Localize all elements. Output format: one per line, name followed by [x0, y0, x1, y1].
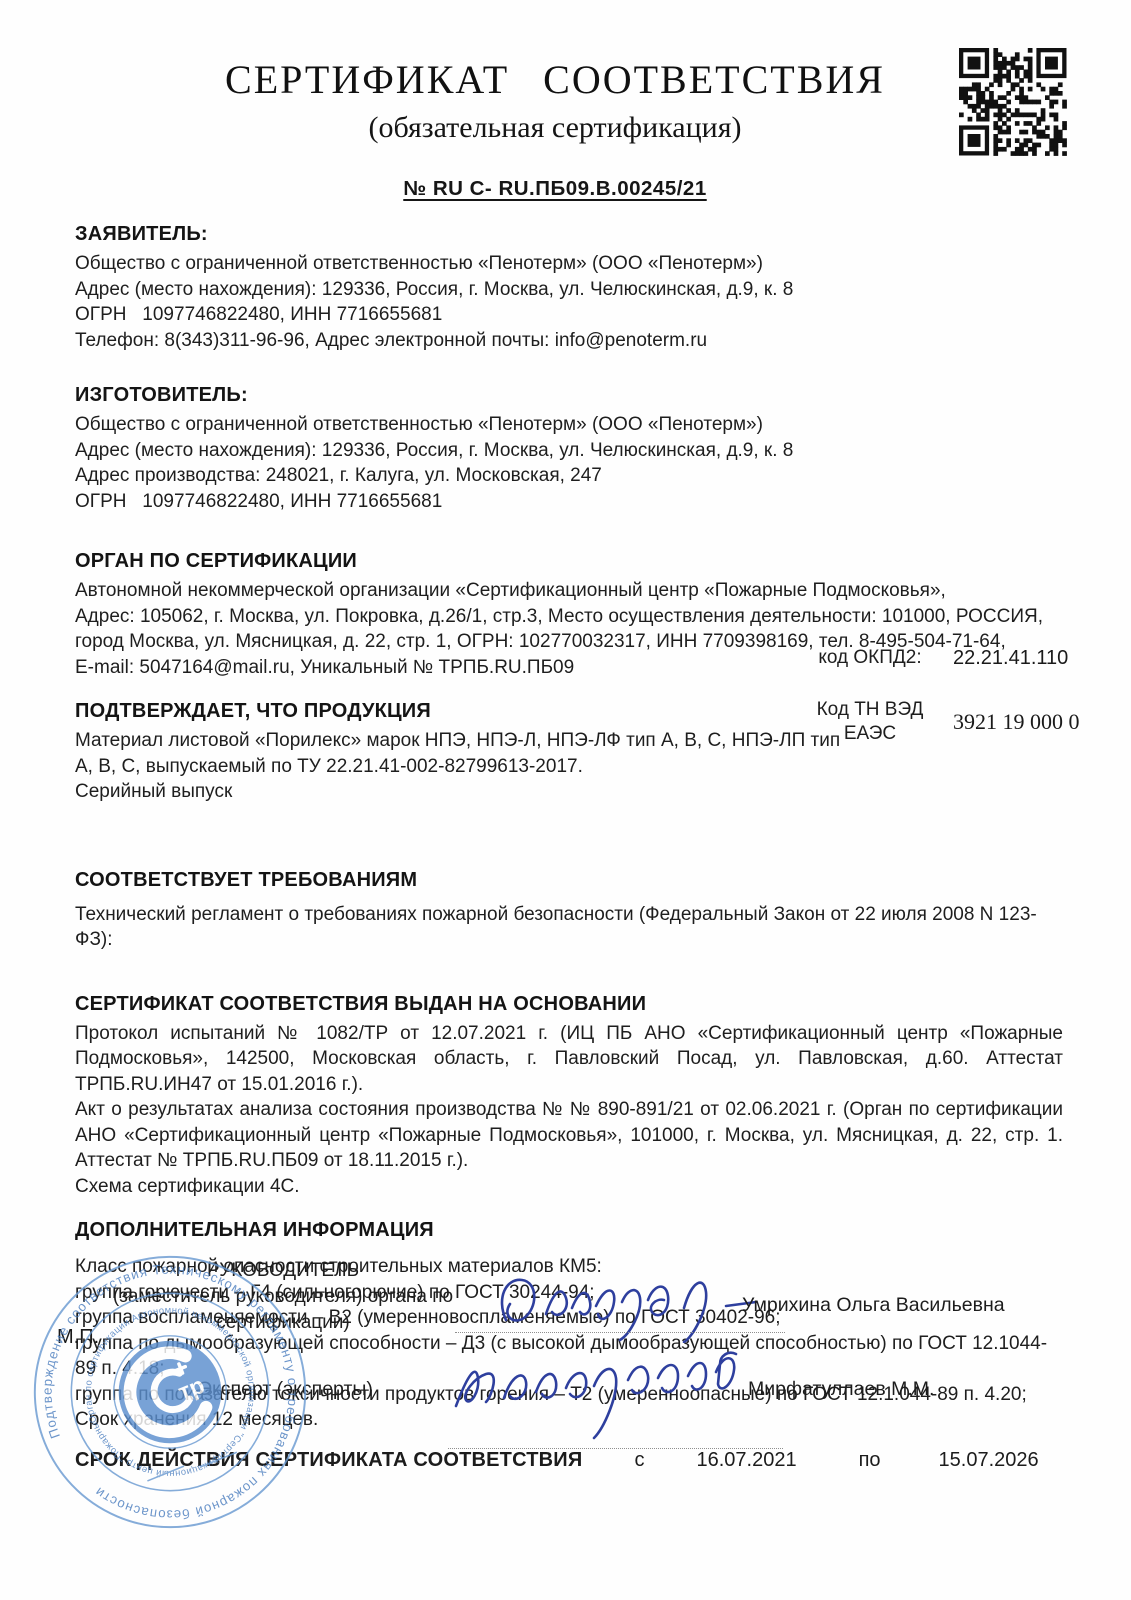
basis-test-protocol: Протокол испытаний № 1082/ТР от 12.07.20…: [75, 1021, 1063, 1098]
section-heading: ЗАЯВИТЕЛЬ:: [75, 223, 1063, 246]
certification-stamp: Подтверждение соответствия Техническому …: [22, 1244, 318, 1540]
applicant-address: Адрес (место нахождения): 129336, Россия…: [75, 277, 1063, 303]
basis-production-analysis: Акт о результатах анализа состояния прои…: [75, 1097, 1063, 1174]
expert-signature-image: [448, 1344, 768, 1444]
head-name: Умрихина Ольга Васильевна: [742, 1294, 1005, 1317]
qr-code: [959, 48, 1067, 156]
validity-from-label: с: [634, 1449, 644, 1472]
section-heading: СООТВЕТСТВУЕТ ТРЕБОВАНИЯМ: [75, 869, 1063, 892]
head-signature-line: [455, 1332, 785, 1333]
applicant-ogrn-inn: ОГРН 1097746822480, ИНН 7716655681: [75, 302, 1063, 328]
okpd2-label: код ОКПД2:: [815, 646, 925, 670]
validity-to-date: 15.07.2026: [939, 1449, 1039, 1472]
qr-code-image: [959, 48, 1067, 156]
page-title: СЕРТИФИКАТ СООТВЕТСТВИЯ: [75, 56, 1035, 103]
expert-signature-line: [448, 1448, 783, 1449]
section-heading: СЕРТИФИКАТ СООТВЕТСТВИЯ ВЫДАН НА ОСНОВАН…: [75, 993, 1063, 1016]
section-manufacturer: ИЗГОТОВИТЕЛЬ: Общество с ограниченной от…: [75, 384, 1063, 514]
basis-cert-scheme: Схема сертификации 4С.: [75, 1174, 1063, 1200]
section-heading: ОРГАН ПО СЕРТИФИКАЦИИ: [75, 550, 1063, 573]
section-basis: СЕРТИФИКАТ СООТВЕТСТВИЯ ВЫДАН НА ОСНОВАН…: [75, 993, 1063, 1200]
applicant-contacts: Телефон: 8(343)311-96-96, Адрес электрон…: [75, 328, 1063, 354]
requirements-text: Технический регламент о требованиях пожа…: [75, 902, 1063, 953]
section-heading: ИЗГОТОВИТЕЛЬ:: [75, 384, 1063, 407]
certificate-number: № RU C- RU.ПБ09.В.00245/21: [403, 177, 706, 201]
manufacturer-ogrn-inn: ОГРН 1097746822480, ИНН 7716655681: [75, 489, 1063, 515]
product-release-type: Серийный выпуск: [75, 779, 1063, 805]
tnved-row: Код ТН ВЭД ЕАЭС 3921 19 000 0: [815, 698, 1105, 746]
section-heading: ДОПОЛНИТЕЛЬНАЯ ИНФОРМАЦИЯ: [75, 1219, 1063, 1242]
applicant-company: Общество с ограниченной ответственностью…: [75, 251, 1063, 277]
expert-signature: [448, 1344, 768, 1449]
expert-name: Мирфатуллаев М.М.: [748, 1378, 934, 1401]
certificate-page: СЕРТИФИКАТ СООТВЕТСТВИЯ (обязательная се…: [0, 0, 1131, 1600]
validity-to-label: по: [859, 1449, 881, 1472]
validity-from-date: 16.07.2021: [696, 1449, 796, 1472]
product-description: Материал листовой «Порилекс» марок НПЭ, …: [75, 728, 850, 779]
tnved-label: Код ТН ВЭД ЕАЭС: [815, 698, 925, 746]
section-requirements: СООТВЕТСТВУЕТ ТРЕБОВАНИЯМ Технический ре…: [75, 869, 1063, 953]
stamp-image: Подтверждение соответствия Техническому …: [22, 1244, 318, 1540]
page-subtitle: (обязательная сертификация): [75, 111, 1035, 145]
stamp-center-disc: [103, 1325, 237, 1459]
manufacturer-production-address: Адрес производства: 248021, г. Калуга, у…: [75, 463, 1063, 489]
okpd2-value: 22.21.41.110: [953, 647, 1068, 670]
product-codes: код ОКПД2: 22.21.41.110 Код ТН ВЭД ЕАЭС …: [815, 646, 1105, 746]
manufacturer-company: Общество с ограниченной ответственностью…: [75, 412, 1063, 438]
manufacturer-address: Адрес (место нахождения): 129336, Россия…: [75, 438, 1063, 464]
header: СЕРТИФИКАТ СООТВЕТСТВИЯ (обязательная се…: [75, 56, 1035, 201]
okpd2-row: код ОКПД2: 22.21.41.110: [815, 646, 1105, 670]
certbody-organization: Автономной некоммерческой организации «С…: [75, 578, 1063, 604]
section-applicant: ЗАЯВИТЕЛЬ: Общество с ограниченной ответ…: [75, 223, 1063, 353]
certbody-address: Адрес: 105062, г. Москва, ул. Покровка, …: [75, 604, 1063, 630]
tnved-value: 3921 19 000 0: [953, 709, 1080, 735]
